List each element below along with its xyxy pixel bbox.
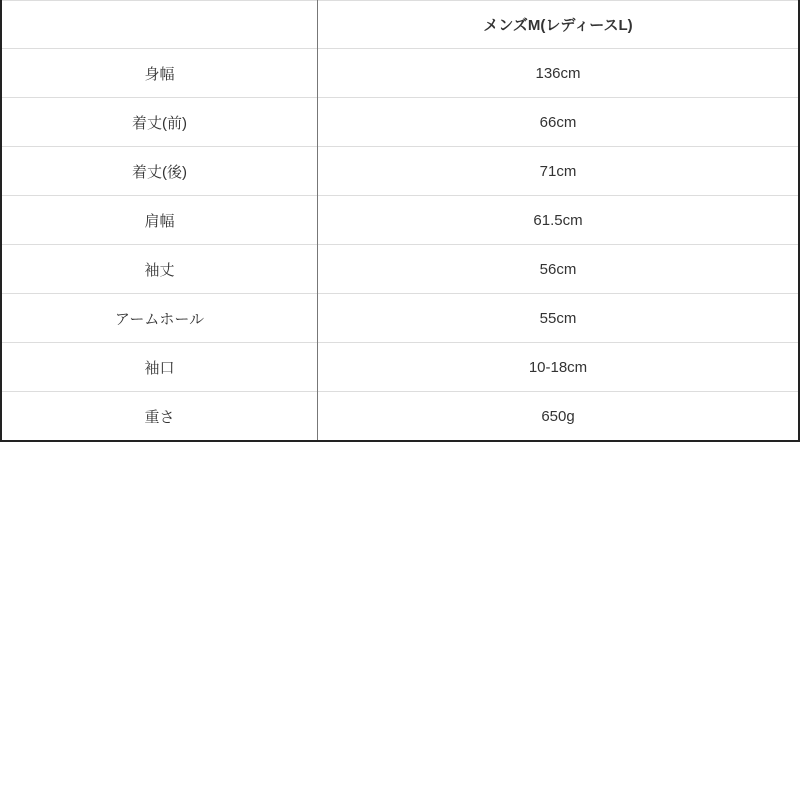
header-empty-cell	[1, 1, 318, 49]
row-value-cell: 61.5cm	[318, 196, 800, 245]
table-row: 袖口 10-18cm	[1, 343, 799, 392]
row-value-cell: 71cm	[318, 147, 800, 196]
table-row: 身幅 136cm	[1, 49, 799, 98]
table-row: 着丈(前) 66cm	[1, 98, 799, 147]
size-spec-table: メンズM(レディースL) 身幅 136cm 着丈(前) 66cm 着丈(後) 7…	[0, 0, 800, 442]
row-value-cell: 55cm	[318, 294, 800, 343]
row-value-cell: 66cm	[318, 98, 800, 147]
table-row: 着丈(後) 71cm	[1, 147, 799, 196]
row-label-cell: 袖口	[1, 343, 318, 392]
table-row: アームホール 55cm	[1, 294, 799, 343]
row-label-cell: アームホール	[1, 294, 318, 343]
row-label-cell: 着丈(前)	[1, 98, 318, 147]
row-label-cell: 着丈(後)	[1, 147, 318, 196]
row-label-cell: 袖丈	[1, 245, 318, 294]
row-value-cell: 10-18cm	[318, 343, 800, 392]
header-size-cell: メンズM(レディースL)	[318, 1, 800, 49]
table-row: 重さ 650g	[1, 392, 799, 442]
row-label-cell: 重さ	[1, 392, 318, 442]
row-value-cell: 56cm	[318, 245, 800, 294]
row-value-cell: 136cm	[318, 49, 800, 98]
table-header-row: メンズM(レディースL)	[1, 1, 799, 49]
row-value-cell: 650g	[318, 392, 800, 442]
table-row: 肩幅 61.5cm	[1, 196, 799, 245]
empty-whitespace	[0, 442, 800, 800]
row-label-cell: 肩幅	[1, 196, 318, 245]
table-row: 袖丈 56cm	[1, 245, 799, 294]
row-label-cell: 身幅	[1, 49, 318, 98]
